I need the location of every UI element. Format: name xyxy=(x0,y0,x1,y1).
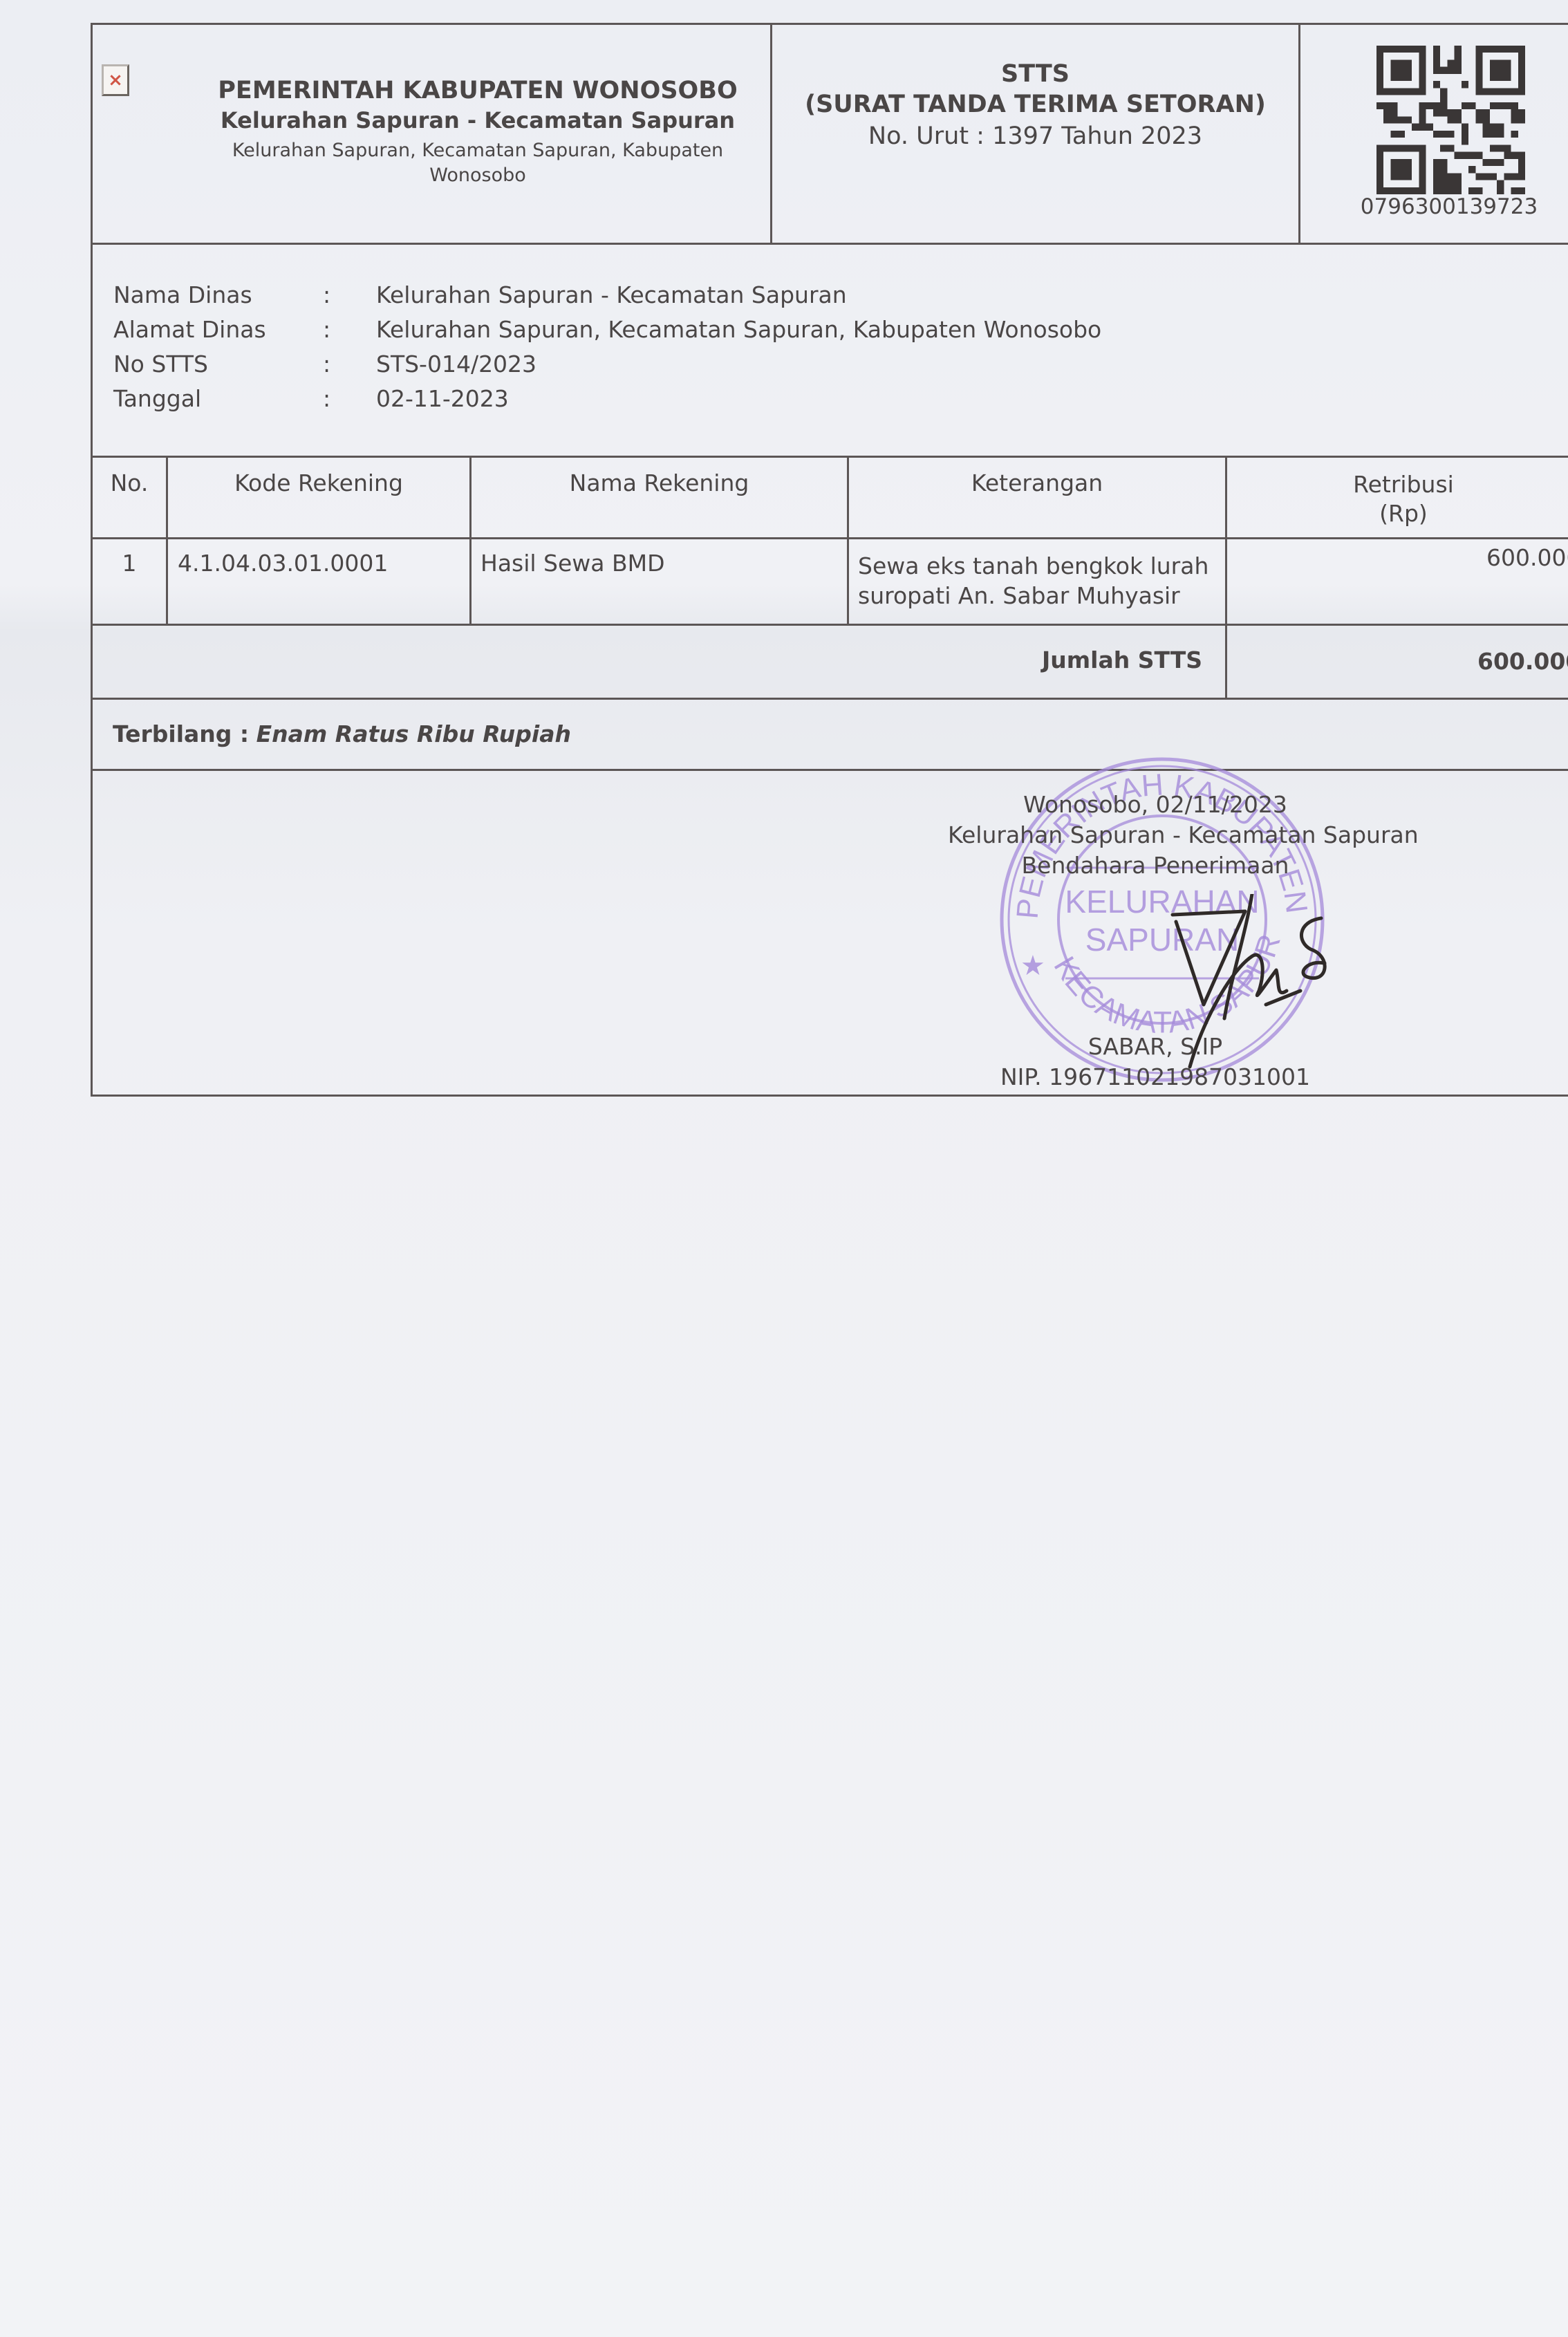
divider-table-head xyxy=(91,537,1568,539)
terbilang: Terbilang : Enam Ratus Ribu Rupiah xyxy=(113,719,571,749)
col-header-keterangan: Keterangan xyxy=(849,469,1225,496)
info-label-nama-dinas: Nama Dinas xyxy=(113,281,252,308)
terbilang-value: Enam Ratus Ribu Rupiah xyxy=(256,720,571,747)
info-sep: : xyxy=(323,385,330,412)
signer-nip: NIP. 196711021987031001 xyxy=(948,1063,1363,1090)
info-label-tanggal: Tanggal xyxy=(113,385,201,412)
info-sep: : xyxy=(323,281,330,308)
org-name: PEMERINTAH KABUPATEN WONOSOBO xyxy=(194,77,761,104)
total-value: 600.000 xyxy=(1477,646,1568,677)
info-sep: : xyxy=(323,316,330,343)
doc-code: STTS xyxy=(772,60,1298,88)
qr-code-icon xyxy=(1376,46,1525,194)
cell-retribusi: 600.000 xyxy=(1486,543,1568,573)
col-header-kode-rekening: Kode Rekening xyxy=(168,469,469,496)
svg-text:KELURAHAN: KELURAHAN xyxy=(1065,884,1259,920)
cell-keterangan-line-2: suropati An. Sabar Muhyasir xyxy=(858,581,1180,611)
col-header-rp: (Rp) xyxy=(1227,500,1568,527)
info-value-no-stts: STS-014/2023 xyxy=(376,351,536,378)
cell-no: 1 xyxy=(93,548,166,579)
cell-kode-rekening: 4.1.04.03.01.0001 xyxy=(178,548,388,579)
col-header-no: No. xyxy=(93,469,166,496)
qr-number: 0796300139723 xyxy=(1300,194,1568,219)
divider-table-body xyxy=(91,624,1568,626)
divider-terbilang xyxy=(91,769,1568,771)
org-address: Kelurahan Sapuran, Kecamatan Sapuran, Ka… xyxy=(229,138,727,188)
border-bottom xyxy=(91,1095,1568,1097)
info-label-alamat-dinas: Alamat Dinas xyxy=(113,316,266,343)
signature-place-date: Wonosobo, 02/11/2023 xyxy=(948,791,1363,818)
info-value-nama-dinas: Kelurahan Sapuran - Kecamatan Sapuran xyxy=(376,281,847,308)
info-label-no-stts: No STTS xyxy=(113,351,208,378)
broken-image-icon: × xyxy=(102,64,129,96)
col-header-nama-rekening: Nama Rekening xyxy=(472,469,847,496)
border-top xyxy=(91,23,1568,25)
doc-title: (SURAT TANDA TERIMA SETORAN) xyxy=(772,91,1298,118)
divider-header xyxy=(91,243,1568,245)
signature-unit: Kelurahan Sapuran - Kecamatan Sapuran xyxy=(948,821,1363,848)
total-label: Jumlah STTS xyxy=(782,645,1202,676)
divider-info xyxy=(91,456,1568,458)
info-sep: : xyxy=(323,351,330,378)
terbilang-label: Terbilang : xyxy=(113,720,249,747)
svg-text:SAPURAN: SAPURAN xyxy=(1085,922,1239,958)
divider-total xyxy=(91,698,1568,700)
signer-name: SABAR, S.IP xyxy=(948,1033,1363,1060)
info-value-tanggal: 02-11-2023 xyxy=(376,385,509,412)
signature-role: Bendahara Penerimaan xyxy=(948,852,1363,879)
info-value-alamat-dinas: Kelurahan Sapuran, Kecamatan Sapuran, Ka… xyxy=(376,316,1101,343)
col-header-retribusi: Retribusi xyxy=(1227,471,1568,498)
cell-nama-rekening: Hasil Sewa BMD xyxy=(480,548,665,579)
doc-number: No. Urut : 1397 Tahun 2023 xyxy=(772,122,1298,150)
org-unit: Kelurahan Sapuran - Kecamatan Sapuran xyxy=(194,107,761,133)
cell-keterangan-line-1: Sewa eks tanah bengkok lurah xyxy=(858,551,1208,581)
svg-text:★: ★ xyxy=(1020,951,1045,981)
